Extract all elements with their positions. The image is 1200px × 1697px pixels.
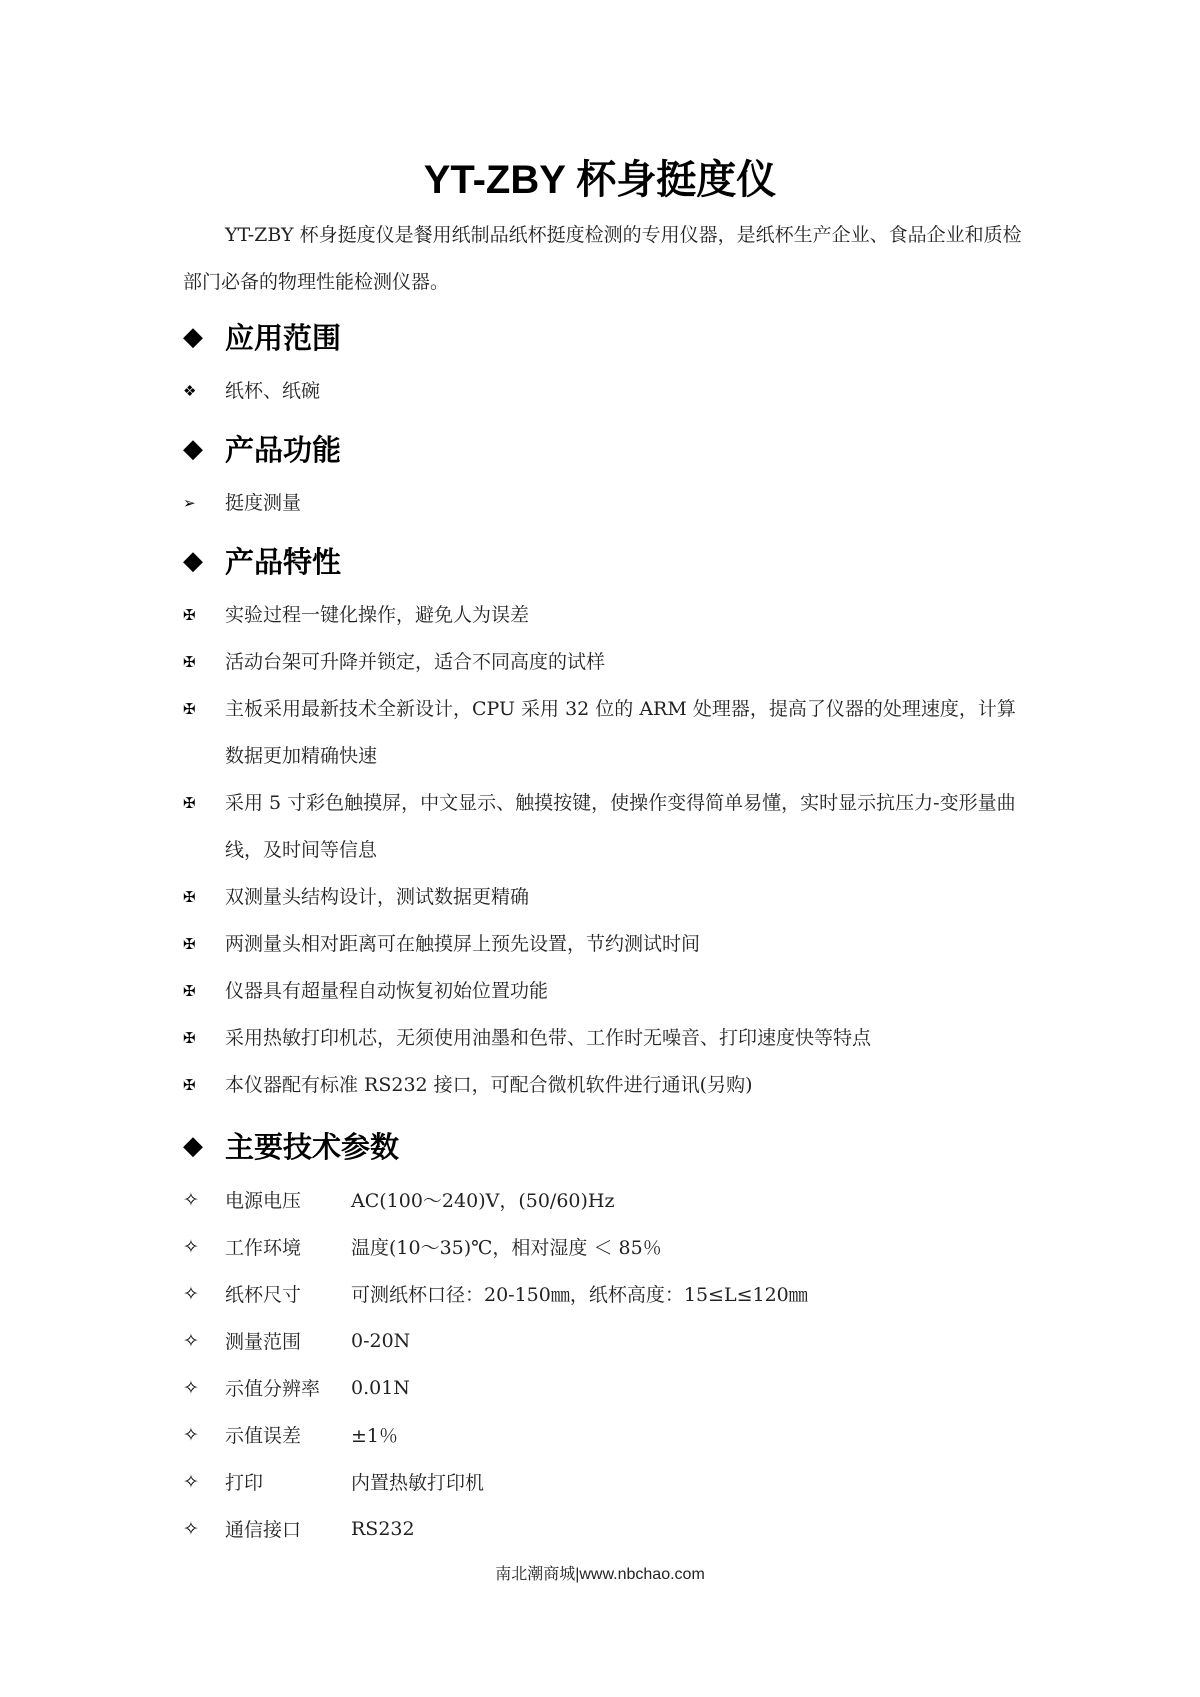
intro-paragraph: YT-ZBY 杯身挺度仪是餐用纸制品纸杯挺度检测的专用仪器，是纸杯生产企业、食品…: [183, 212, 1033, 306]
spec-value: 可测纸杯口径：20-150㎜，纸杯高度：15≤L≤120㎜: [351, 1280, 808, 1307]
list-item: ❖ 纸杯、纸碗: [183, 368, 1025, 415]
four-point-star-bullet-icon: ✧: [183, 1518, 225, 1540]
section-heading-features: ◆ 产品特性: [183, 540, 341, 581]
spec-value: 温度(10～35)℃，相对湿度 ＜ 85％: [351, 1233, 662, 1260]
list-item: ✠ 采用热敏打印机芯，无须使用油墨和色带、工作时无噪音、打印速度快等特点: [183, 1015, 1025, 1062]
spec-label: 通信接口: [225, 1515, 351, 1542]
spec-row: ✧ 纸杯尺寸 可测纸杯口径：20-150㎜，纸杯高度：15≤L≤120㎜: [183, 1280, 808, 1307]
maltese-cross-bullet-icon: ✠: [183, 780, 225, 827]
list-item: ✠ 实验过程一键化操作，避免人为误差: [183, 592, 1025, 639]
maltese-cross-bullet-icon: ✠: [183, 968, 225, 1015]
spec-label: 打印: [225, 1468, 351, 1495]
section-heading-scope: ◆ 应用范围: [183, 316, 341, 357]
page-footer: 南北潮商城|www.nbchao.com: [0, 1561, 1200, 1584]
spec-label: 纸杯尺寸: [225, 1280, 351, 1307]
list-item: ➢ 挺度测量: [183, 480, 1025, 527]
four-point-star-bullet-icon: ✧: [183, 1471, 225, 1493]
diamond-icon: ◆: [183, 546, 225, 576]
maltese-cross-bullet-icon: ✠: [183, 639, 225, 686]
section-heading-specs: ◆ 主要技术参数: [183, 1125, 399, 1166]
section-heading-functions: ◆ 产品功能: [183, 428, 341, 469]
spec-label: 工作环境: [225, 1233, 351, 1260]
spec-label: 示值误差: [225, 1421, 351, 1448]
spec-label: 示值分辨率: [225, 1374, 351, 1401]
maltese-cross-bullet-icon: ✠: [183, 592, 225, 639]
diamond-icon: ◆: [183, 322, 225, 352]
section-heading-text: 主要技术参数: [225, 1125, 399, 1166]
four-point-star-bullet-icon: ✧: [183, 1189, 225, 1211]
spec-value: AC(100～240)V，(50/60)Hz: [351, 1186, 615, 1213]
list-item: ✠ 仪器具有超量程自动恢复初始位置功能: [183, 968, 1025, 1015]
spec-row: ✧ 示值误差 ±1％: [183, 1421, 398, 1448]
list-item: ✠ 双测量头结构设计，测试数据更精确: [183, 874, 1025, 921]
diamond-icon: ◆: [183, 1131, 225, 1161]
maltese-cross-bullet-icon: ✠: [183, 874, 225, 921]
document-title: YT-ZBY 杯身挺度仪: [0, 148, 1200, 205]
arrowhead-bullet-icon: ➢: [183, 480, 225, 527]
spec-row: ✧ 示值分辨率 0.01N: [183, 1374, 410, 1401]
spec-row: ✧ 工作环境 温度(10～35)℃，相对湿度 ＜ 85％: [183, 1233, 662, 1260]
list-item: ✠ 采用 5 寸彩色触摸屏，中文显示、触摸按键，使操作变得简单易懂，实时显示抗压…: [183, 780, 1025, 874]
spec-value: 内置热敏打印机: [351, 1468, 484, 1495]
section-heading-text: 产品特性: [225, 540, 341, 581]
spec-row: ✧ 通信接口 RS232: [183, 1515, 415, 1542]
four-point-star-bullet-icon: ✧: [183, 1377, 225, 1399]
four-diamond-bullet-icon: ❖: [183, 368, 225, 415]
list-item: ✠ 本仪器配有标准 RS232 接口，可配合微机软件进行通讯(另购): [183, 1062, 1025, 1109]
list-item: ✠ 活动台架可升降并锁定，适合不同高度的试样: [183, 639, 1025, 686]
maltese-cross-bullet-icon: ✠: [183, 686, 225, 733]
spec-row: ✧ 测量范围 0-20N: [183, 1327, 410, 1354]
section-heading-text: 应用范围: [225, 316, 341, 357]
maltese-cross-bullet-icon: ✠: [183, 1062, 225, 1109]
spec-value: 0.01N: [351, 1377, 410, 1399]
spec-value: 0-20N: [351, 1330, 410, 1352]
four-point-star-bullet-icon: ✧: [183, 1283, 225, 1305]
list-item: ✠ 两测量头相对距离可在触摸屏上预先设置，节约测试时间: [183, 921, 1025, 968]
section-heading-text: 产品功能: [225, 428, 341, 469]
maltese-cross-bullet-icon: ✠: [183, 921, 225, 968]
spec-value: ±1％: [351, 1421, 398, 1448]
spec-row: ✧ 电源电压 AC(100～240)V，(50/60)Hz: [183, 1186, 615, 1213]
four-point-star-bullet-icon: ✧: [183, 1424, 225, 1446]
spec-row: ✧ 打印 内置热敏打印机: [183, 1468, 484, 1495]
four-point-star-bullet-icon: ✧: [183, 1236, 225, 1258]
four-point-star-bullet-icon: ✧: [183, 1330, 225, 1352]
diamond-icon: ◆: [183, 434, 225, 464]
list-item: ✠ 主板采用最新技术全新设计，CPU 采用 32 位的 ARM 处理器，提高了仪…: [183, 686, 1025, 780]
document-page: YT-ZBY 杯身挺度仪 YT-ZBY 杯身挺度仪是餐用纸制品纸杯挺度检测的专用…: [0, 0, 1200, 1697]
maltese-cross-bullet-icon: ✠: [183, 1015, 225, 1062]
spec-label: 测量范围: [225, 1327, 351, 1354]
spec-value: RS232: [351, 1518, 415, 1540]
spec-label: 电源电压: [225, 1186, 351, 1213]
